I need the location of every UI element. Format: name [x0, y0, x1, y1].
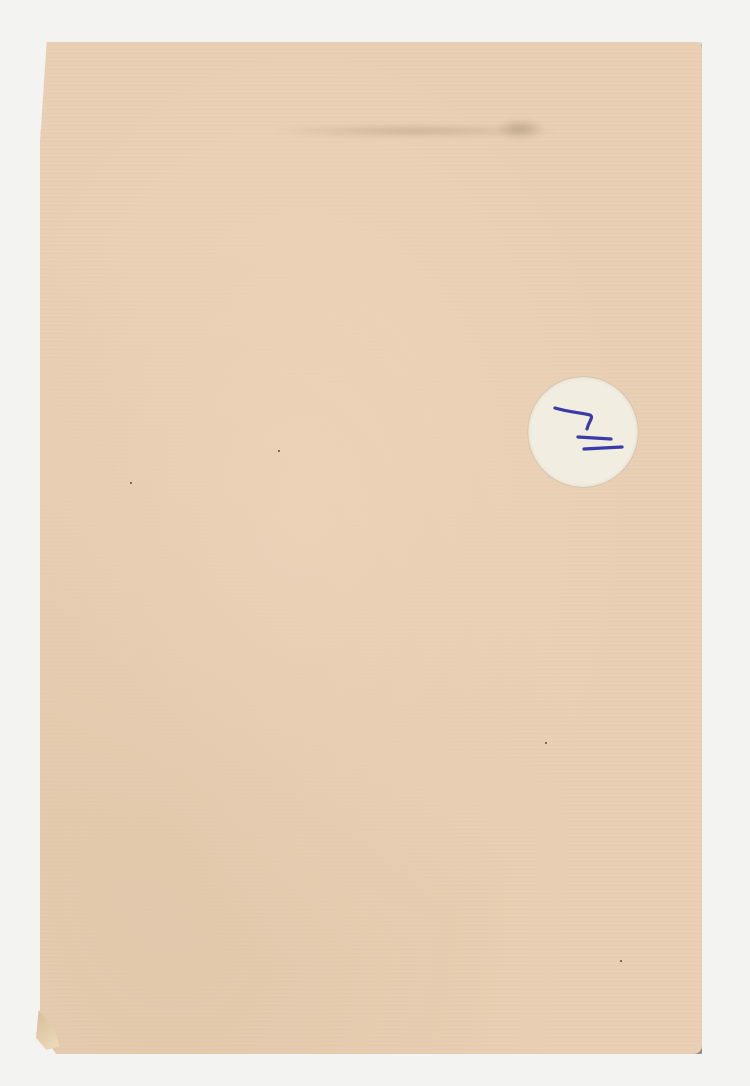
smudge-mark	[495, 118, 545, 140]
speck	[545, 742, 547, 744]
speck	[130, 482, 132, 484]
card-back: 7/11	[40, 42, 702, 1054]
speck	[620, 960, 622, 962]
speck	[278, 450, 280, 452]
handwritten-number	[528, 377, 638, 487]
label-sticker: 7/11	[528, 377, 638, 487]
